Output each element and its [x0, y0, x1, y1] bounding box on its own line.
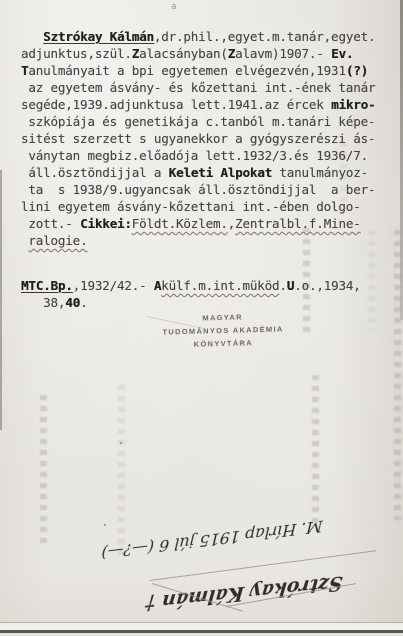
text-segment: MTC.Bp.: [21, 278, 73, 293]
text-segment: ványtan megbiz.előadója lett.1932/3.és 1…: [21, 148, 368, 163]
text-line: Sztrókay Kálmán,dr.phil.,egyet.m.tanár,e…: [21, 28, 399, 45]
text-segment: alavm)1907.-: [235, 46, 331, 61]
text-line: 38,40.: [21, 294, 399, 311]
text-segment: Ev.: [331, 46, 353, 61]
text-line: szkópiája és genetikája c.tanból m.tanár…: [21, 113, 399, 130]
scan-edge-left: [0, 170, 2, 430]
text-line: zott.- Cikkei:Földt.Közlem.,Zentralbl.f.…: [21, 215, 399, 232]
text-segment: anulmányait a bpi egyetemen elvégezvén,1…: [28, 63, 345, 78]
text-segment: Sztrókay Kálmán: [43, 29, 154, 44]
text-line: ta s 1938/9.ugyancsak áll.ösztöndijjal a…: [21, 181, 399, 198]
text-line: segéde,1939.adjunktusa lett.1941.az érce…: [21, 96, 399, 113]
text-segment: Zentralbl.f.Mine-: [235, 216, 361, 231]
text-segment: szkópiája és genetikája c.tanból m.tanár…: [21, 114, 375, 129]
text-line: MTC.Bp.,1932/42.- Akülf.m.int.müköd.U.o.…: [21, 277, 399, 294]
text-segment: mikro-: [331, 97, 375, 112]
text-segment: sitést szerzett s ugyanekkor a gyógyszer…: [21, 131, 375, 146]
text-segment: [21, 29, 43, 44]
text-segment: .: [279, 278, 286, 293]
text-segment: segéde,1939.adjunktusa lett.1941.az érce…: [21, 97, 331, 112]
text-segment: Cikkei:: [80, 216, 132, 231]
text-line: az egyetem ásvány- és kőzettani int.-éne…: [21, 79, 399, 96]
text-segment: ta s 1938/9.ugyancsak áll.ösztöndijjal a…: [21, 182, 375, 197]
text-segment: Z: [228, 46, 235, 61]
typewritten-text: Sztrókay Kálmán,dr.phil.,egyet.m.tanár,e…: [21, 28, 399, 311]
text-line: ványtan megbiz.előadója lett.1932/3.és 1…: [21, 147, 399, 164]
text-segment: lini egyetem ásvány-kőzettani int.-ében …: [21, 199, 361, 214]
text-segment: adjunktus,szül.: [21, 46, 132, 61]
text-line: ralogie.: [21, 232, 399, 249]
text-line: Tanulmányait a bpi egyetemen elvégezvén,…: [21, 62, 399, 79]
text-segment: (?): [346, 63, 368, 78]
text-segment: tanulmányoz-: [272, 165, 368, 180]
text-segment: ralogie.: [28, 233, 87, 248]
library-stamp: MAGYAR TUDOMÁNYOS AKADÉMIA KÖNYVTÁRA: [148, 309, 299, 352]
scan-bottom-margin: [0, 633, 403, 636]
text-segment: 38,: [21, 295, 65, 310]
ink-speck: [104, 524, 106, 526]
text-segment: Keleti Alpokat: [169, 165, 272, 180]
bleed-through-text: [312, 375, 319, 525]
text-segment: Földt.Közlem.: [132, 216, 228, 231]
text-segment: .: [80, 295, 87, 310]
text-line: sitést szerzett s ugyanekkor a gyógyszer…: [21, 130, 399, 147]
text-line: áll.ösztöndijjal a Keleti Alpokat tanulm…: [21, 164, 399, 181]
text-line: lini egyetem ásvány-kőzettani int.-ében …: [21, 198, 399, 215]
text-segment: külf.m.int.müköd: [161, 278, 279, 293]
text-segment: ,dr.phil.,egyet.m.tanár,egyet.: [154, 29, 375, 44]
text-segment: áll.ösztöndijjal a: [21, 165, 169, 180]
ink-speck: [120, 442, 122, 444]
text-segment: alacsányban(: [139, 46, 228, 61]
text-segment: az egyetem ásvány- és kőzettani int.-éne…: [21, 80, 375, 95]
text-segment: zott.-: [21, 216, 80, 231]
scan-bottom-strip: [0, 623, 403, 630]
bleed-through-text: [40, 395, 47, 545]
text-segment: 40: [65, 295, 80, 310]
text-segment: ,: [228, 216, 235, 231]
text-line: adjunktus,szül.Zalacsányban(Zalavm)1907.…: [21, 45, 399, 62]
stray-type-mark: a: [171, 2, 176, 12]
text-segment: ,1932/42.-: [73, 278, 154, 293]
catalog-card: a Sztrókay Kálmán,dr.phil.,egyet.m.tanár…: [0, 0, 403, 636]
bleed-through-text: [118, 385, 125, 560]
text-segment: .o.,1934,: [294, 278, 360, 293]
